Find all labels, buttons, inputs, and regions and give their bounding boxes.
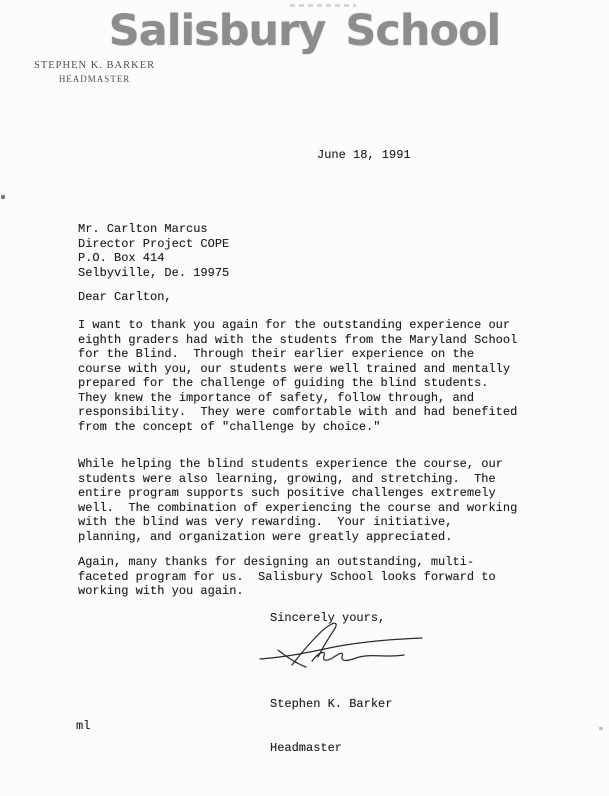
letter-date: June 18, 1991 [317,148,411,163]
signer-name: Stephen K. Barker [270,697,392,712]
signature-block: Stephen K. Barker Headmaster [270,668,392,784]
body-paragraph-2: While helping the blind students experie… [78,457,578,544]
letterhead-school-name: Salisbury School [0,6,609,56]
letterhead-officer-name: STEPHEN K. BARKER [34,60,155,71]
letter-page: Salisbury School STEPHEN K. BARKER HEADM… [0,0,609,796]
letterhead-officer-title: HEADMASTER [34,74,155,84]
scan-speck [599,727,603,730]
handwritten-signature-icon [256,617,426,669]
typist-initials: ml [76,719,90,734]
body-paragraph-3: Again, many thanks for designing an outs… [78,555,578,599]
letterhead-officer-block: STEPHEN K. BARKER HEADMASTER [34,60,155,84]
scan-speck [1,195,5,199]
signer-title: Headmaster [270,741,392,756]
recipient-address: Mr. Carlton Marcus Director Project COPE… [78,222,229,280]
body-paragraph-1: I want to thank you again for the outsta… [78,318,578,434]
salutation: Dear Carlton, [78,290,172,305]
